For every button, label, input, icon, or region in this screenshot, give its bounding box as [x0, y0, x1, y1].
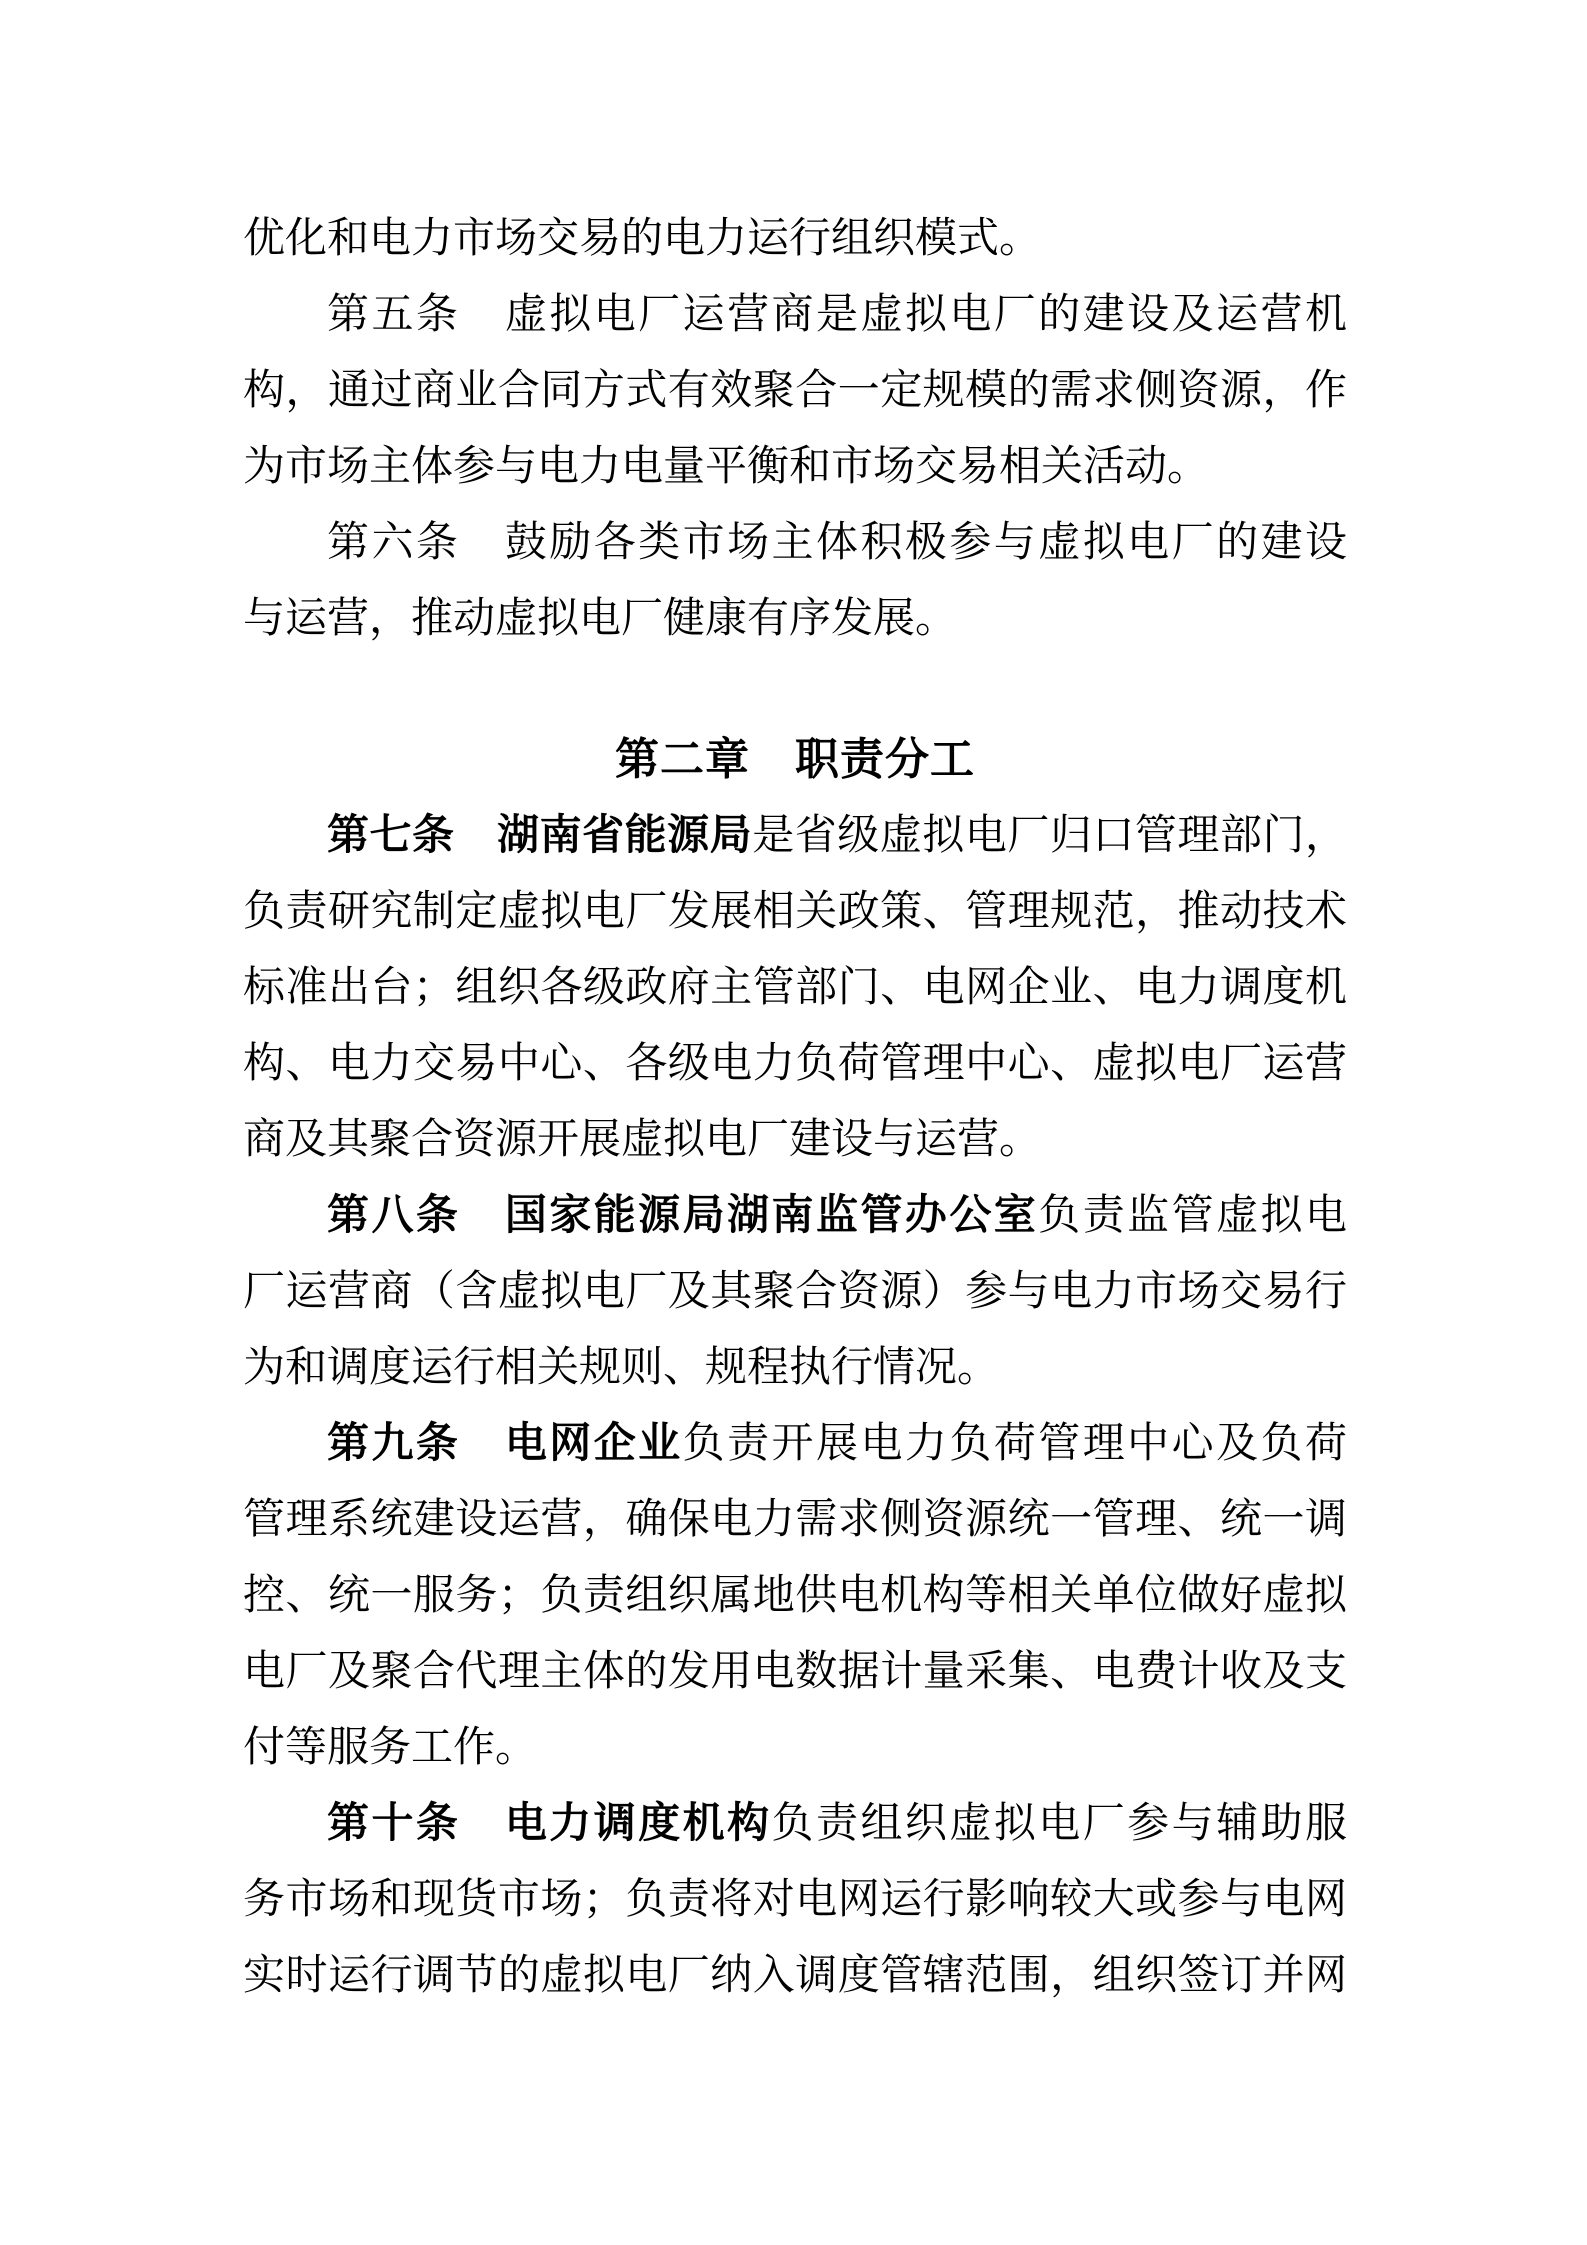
- body-line: 付等服务工作。: [243, 1710, 1347, 1786]
- body-line: 管理系统建设运营，确保电力需求侧资源统一管理、统一调: [243, 1482, 1347, 1558]
- line-text: 标准出台；组织各级政府主管部门、电网企业、电力调度机: [243, 965, 1347, 1011]
- line-text: 电厂及聚合代理主体的发用电数据计量采集、电费计收及支: [243, 1649, 1347, 1695]
- blank-line: [243, 657, 1347, 722]
- line-text: 第五条 虚拟电厂运营商是虚拟电厂的建设及运营机: [327, 292, 1347, 338]
- body-line: 优化和电力市场交易的电力运行组织模式。: [243, 201, 1347, 277]
- body-line-article-9: 第九条 电网企业负责开展电力负荷管理中心及负荷: [243, 1406, 1347, 1482]
- document-text-block: 优化和电力市场交易的电力运行组织模式。 第五条 虚拟电厂运营商是虚拟电厂的建设及…: [243, 201, 1347, 2014]
- article-lead-bold: 第九条 电网企业: [327, 1421, 683, 1467]
- line-text: 控、统一服务；负责组织属地供电机构等相关单位做好虚拟: [243, 1573, 1347, 1619]
- document-page: 优化和电力市场交易的电力运行组织模式。 第五条 虚拟电厂运营商是虚拟电厂的建设及…: [0, 0, 1587, 2245]
- body-line: 为市场主体参与电力电量平衡和市场交易相关活动。: [243, 429, 1347, 505]
- article-lead-bold: 第七条 湖南省能源局: [327, 813, 752, 859]
- body-line: 构、电力交易中心、各级电力负荷管理中心、虚拟电厂运营: [243, 1026, 1347, 1102]
- line-text: 付等服务工作。: [243, 1725, 537, 1771]
- body-line: 标准出台；组织各级政府主管部门、电网企业、电力调度机: [243, 950, 1347, 1026]
- chapter-heading-text: 第二章 职责分工: [615, 735, 975, 784]
- body-line: 构，通过商业合同方式有效聚合一定规模的需求侧资源，作: [243, 353, 1347, 429]
- line-text: 为和调度运行相关规则、规程执行情况。: [243, 1345, 999, 1391]
- body-line: 务市场和现货市场；负责将对电网运行影响较大或参与电网: [243, 1862, 1347, 1938]
- article-lead-bold: 第十条 电力调度机构: [327, 1801, 772, 1847]
- line-text: 负责组织虚拟电厂参与辅助服: [772, 1801, 1347, 1847]
- body-line-article-5: 第五条 虚拟电厂运营商是虚拟电厂的建设及运营机: [243, 277, 1347, 353]
- line-text: 与运营，推动虚拟电厂健康有序发展。: [243, 596, 957, 642]
- body-line: 负责研究制定虚拟电厂发展相关政策、管理规范，推动技术: [243, 874, 1347, 950]
- body-line: 电厂及聚合代理主体的发用电数据计量采集、电费计收及支: [243, 1634, 1347, 1710]
- line-text: 实时运行调节的虚拟电厂纳入调度管辖范围，组织签订并网: [243, 1953, 1347, 1999]
- line-text: 优化和电力市场交易的电力运行组织模式。: [243, 216, 1041, 262]
- line-text: 为市场主体参与电力电量平衡和市场交易相关活动。: [243, 444, 1209, 490]
- body-line: 商及其聚合资源开展虚拟电厂建设与运营。: [243, 1102, 1347, 1178]
- line-text: 商及其聚合资源开展虚拟电厂建设与运营。: [243, 1117, 1041, 1163]
- body-line: 与运营，推动虚拟电厂健康有序发展。: [243, 581, 1347, 657]
- line-text: 负责开展电力负荷管理中心及负荷: [683, 1421, 1347, 1467]
- body-line-article-8: 第八条 国家能源局湖南监管办公室负责监管虚拟电: [243, 1178, 1347, 1254]
- line-text: 是省级虚拟电厂归口管理部门，: [752, 813, 1347, 859]
- body-line-article-6: 第六条 鼓励各类市场主体积极参与虚拟电厂的建设: [243, 505, 1347, 581]
- line-text: 管理系统建设运营，确保电力需求侧资源统一管理、统一调: [243, 1497, 1347, 1543]
- line-text: 务市场和现货市场；负责将对电网运行影响较大或参与电网: [243, 1877, 1347, 1923]
- body-line: 厂运营商（含虚拟电厂及其聚合资源）参与电力市场交易行: [243, 1254, 1347, 1330]
- body-line: 实时运行调节的虚拟电厂纳入调度管辖范围，组织签订并网: [243, 1938, 1347, 2014]
- line-text: 负责研究制定虚拟电厂发展相关政策、管理规范，推动技术: [243, 889, 1347, 935]
- line-text: 负责监管虚拟电: [1038, 1193, 1347, 1239]
- line-text: 厂运营商（含虚拟电厂及其聚合资源）参与电力市场交易行: [243, 1269, 1347, 1315]
- body-line-article-7: 第七条 湖南省能源局是省级虚拟电厂归口管理部门，: [243, 798, 1347, 874]
- chapter-heading: 第二章 职责分工: [243, 722, 1347, 798]
- line-text: 构，通过商业合同方式有效聚合一定规模的需求侧资源，作: [243, 368, 1347, 414]
- article-lead-bold: 第八条 国家能源局湖南监管办公室: [327, 1193, 1038, 1239]
- body-line-article-10: 第十条 电力调度机构负责组织虚拟电厂参与辅助服: [243, 1786, 1347, 1862]
- line-text: 第六条 鼓励各类市场主体积极参与虚拟电厂的建设: [327, 520, 1347, 566]
- body-line: 控、统一服务；负责组织属地供电机构等相关单位做好虚拟: [243, 1558, 1347, 1634]
- body-line: 为和调度运行相关规则、规程执行情况。: [243, 1330, 1347, 1406]
- line-text: 构、电力交易中心、各级电力负荷管理中心、虚拟电厂运营: [243, 1041, 1347, 1087]
